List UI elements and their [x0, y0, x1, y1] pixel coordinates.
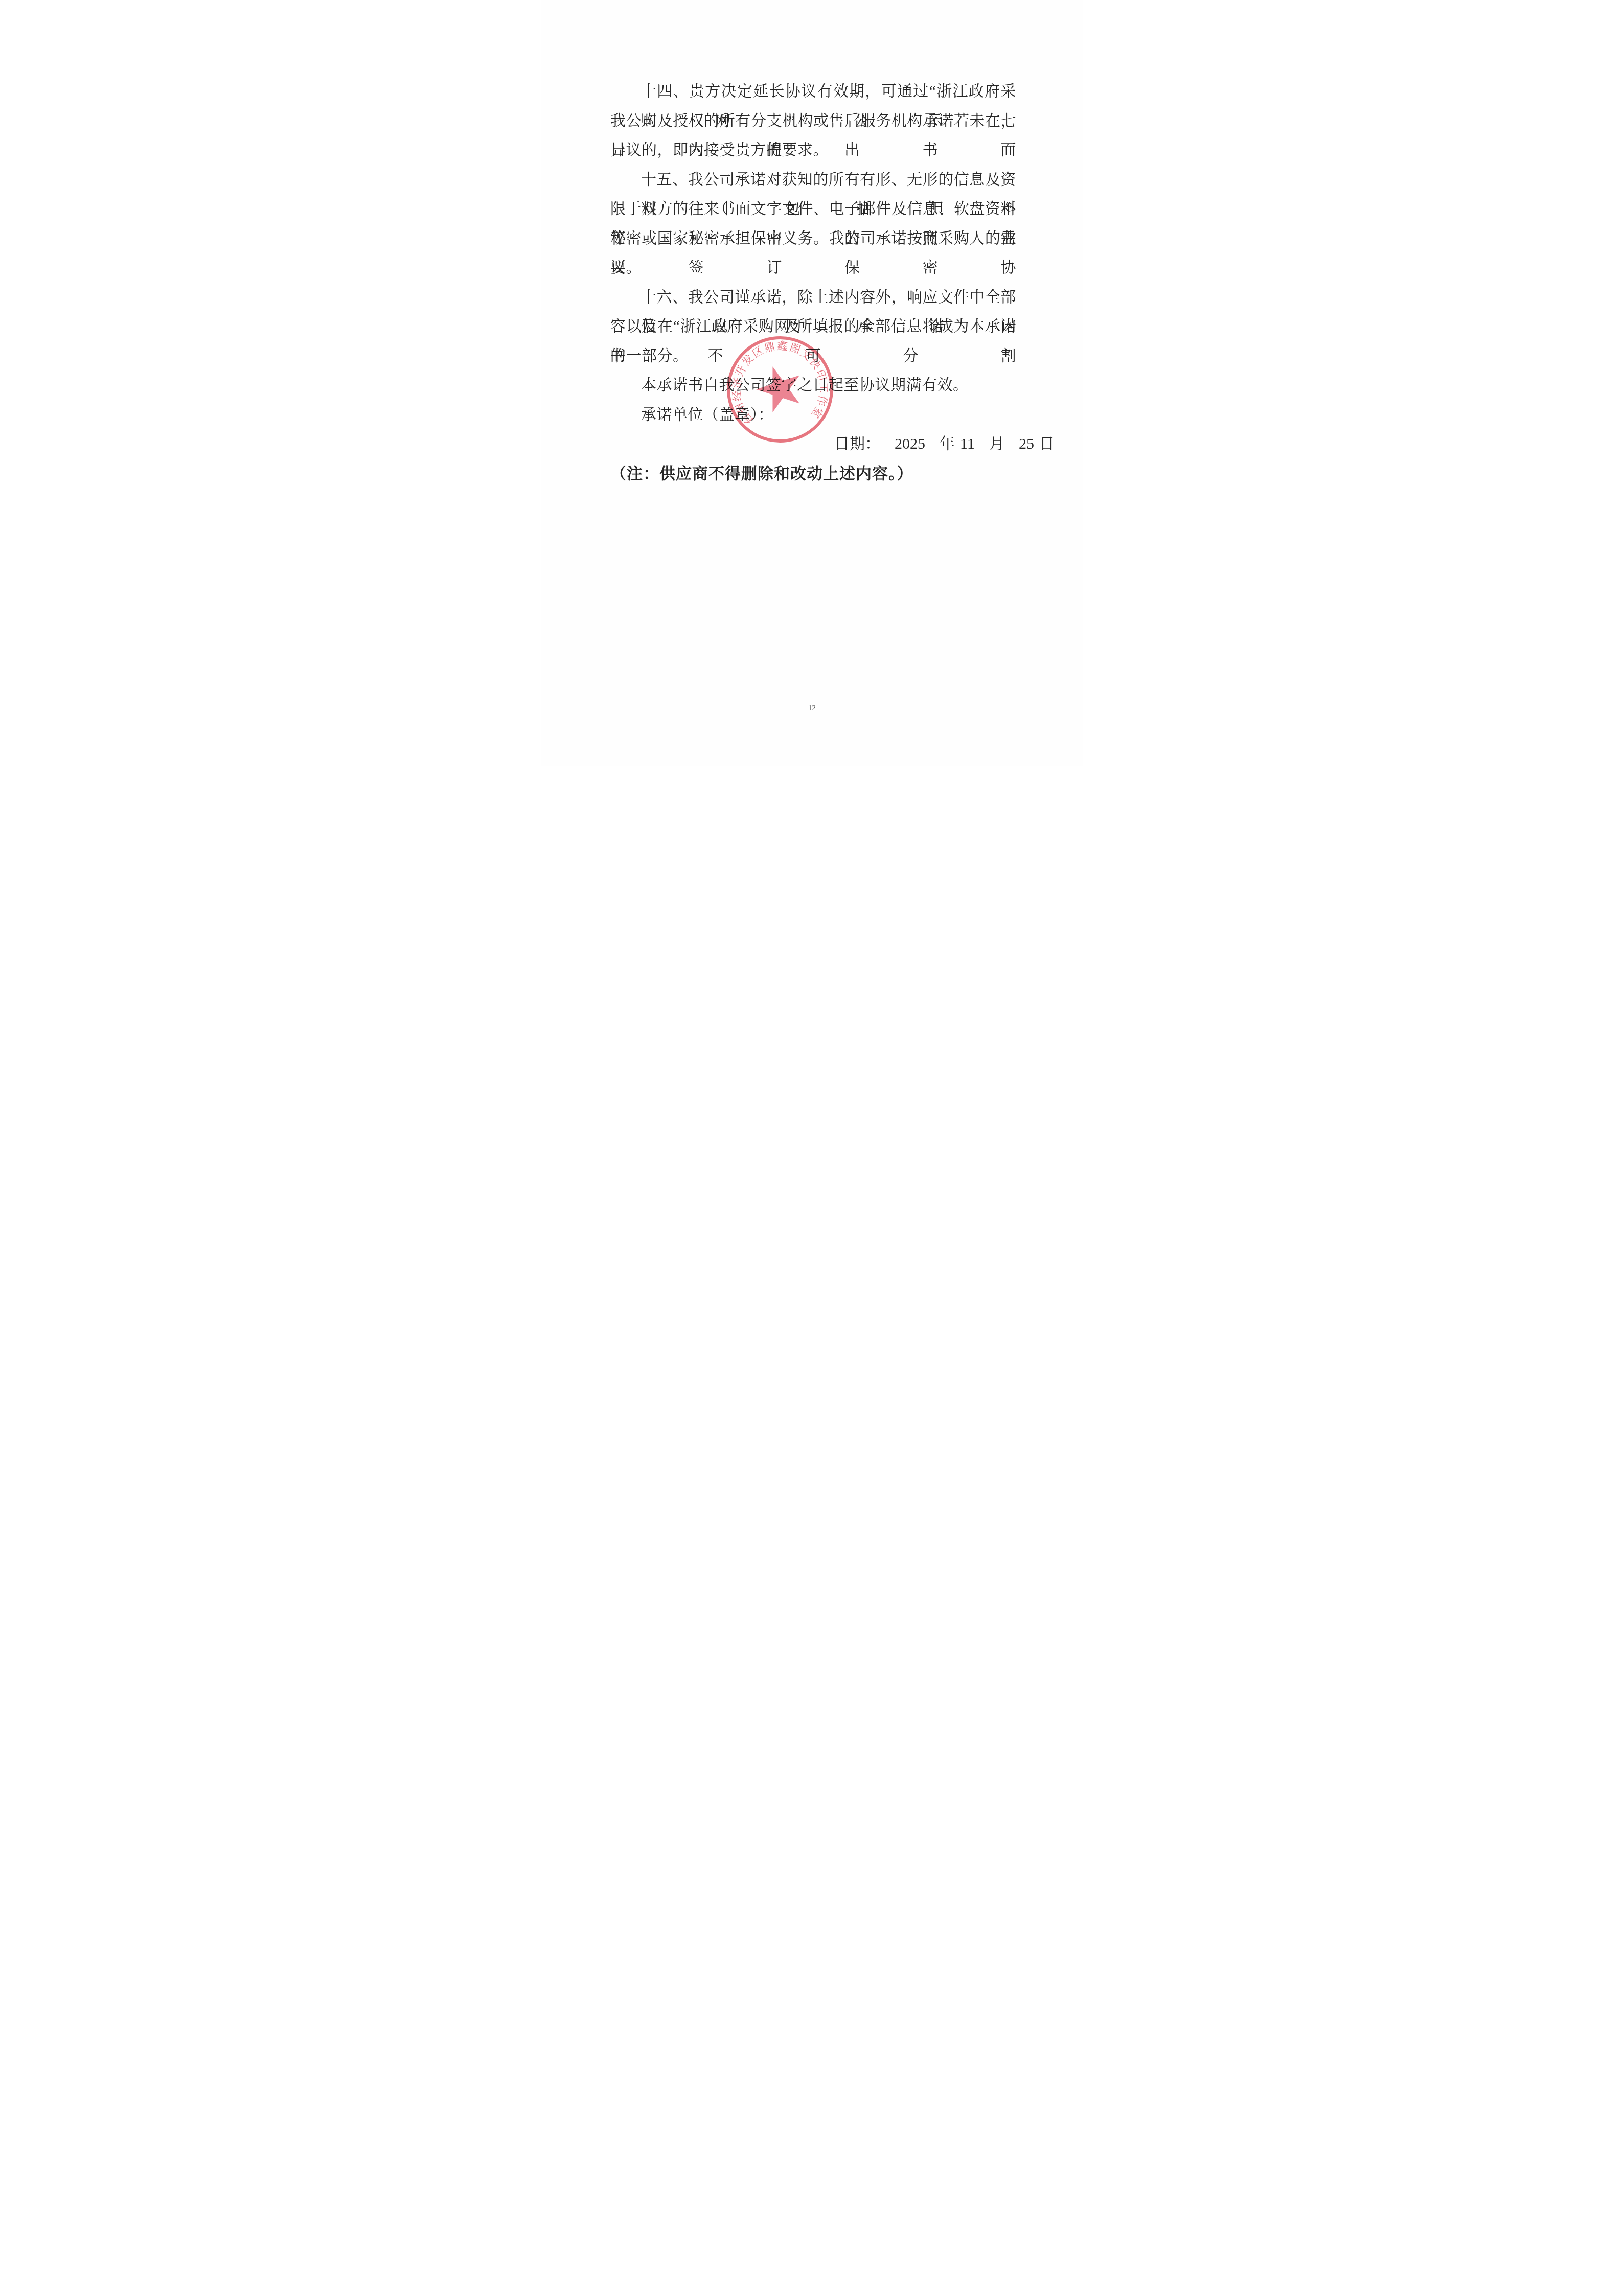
- note-line: （注：供应商不得删除和改动上述内容。）: [610, 459, 1016, 489]
- page-number: 12: [541, 704, 1083, 713]
- document-line: 限于双方的往来书面文字文件、电子邮件及信息、软盘资料等）中的商业: [610, 194, 1016, 224]
- date-year-unit: 年: [940, 435, 955, 452]
- date-year: 2025: [895, 435, 925, 452]
- document-line: 十五、我公司承诺对获知的所有有形、无形的信息及资料（包括但不: [610, 165, 1016, 195]
- document-line: 十六、我公司谨承诺，除上述内容外，响应文件中全部信息及承诺内: [610, 283, 1016, 312]
- document-page: 十四、贵方决定延长协议有效期，可通过“浙江政府采购网”公示， 我公司及授权的所有…: [541, 0, 1083, 766]
- document-line: 我公司及授权的所有分支机构或售后服务机构承诺若未在七日内提出书面: [610, 106, 1016, 136]
- red-star-icon: [751, 359, 808, 414]
- date-month-unit: 月: [989, 435, 1004, 452]
- document-line: 秘密或国家秘密承担保密义务。我公司承诺按照采购人的需要签订保密协: [610, 224, 1016, 253]
- document-line: 十四、贵方决定延长协议有效期，可通过“浙江政府采购网”公示，: [610, 77, 1016, 106]
- company-seal-stamp: 台州经济开发区鼎鑫图文快印工作室: [719, 328, 841, 451]
- date-day-unit: 日: [1039, 435, 1055, 452]
- date-month: 11: [960, 435, 975, 452]
- date-day: 25: [1019, 435, 1034, 452]
- seal-graphic: 台州经济开发区鼎鑫图文快印工作室: [719, 328, 841, 451]
